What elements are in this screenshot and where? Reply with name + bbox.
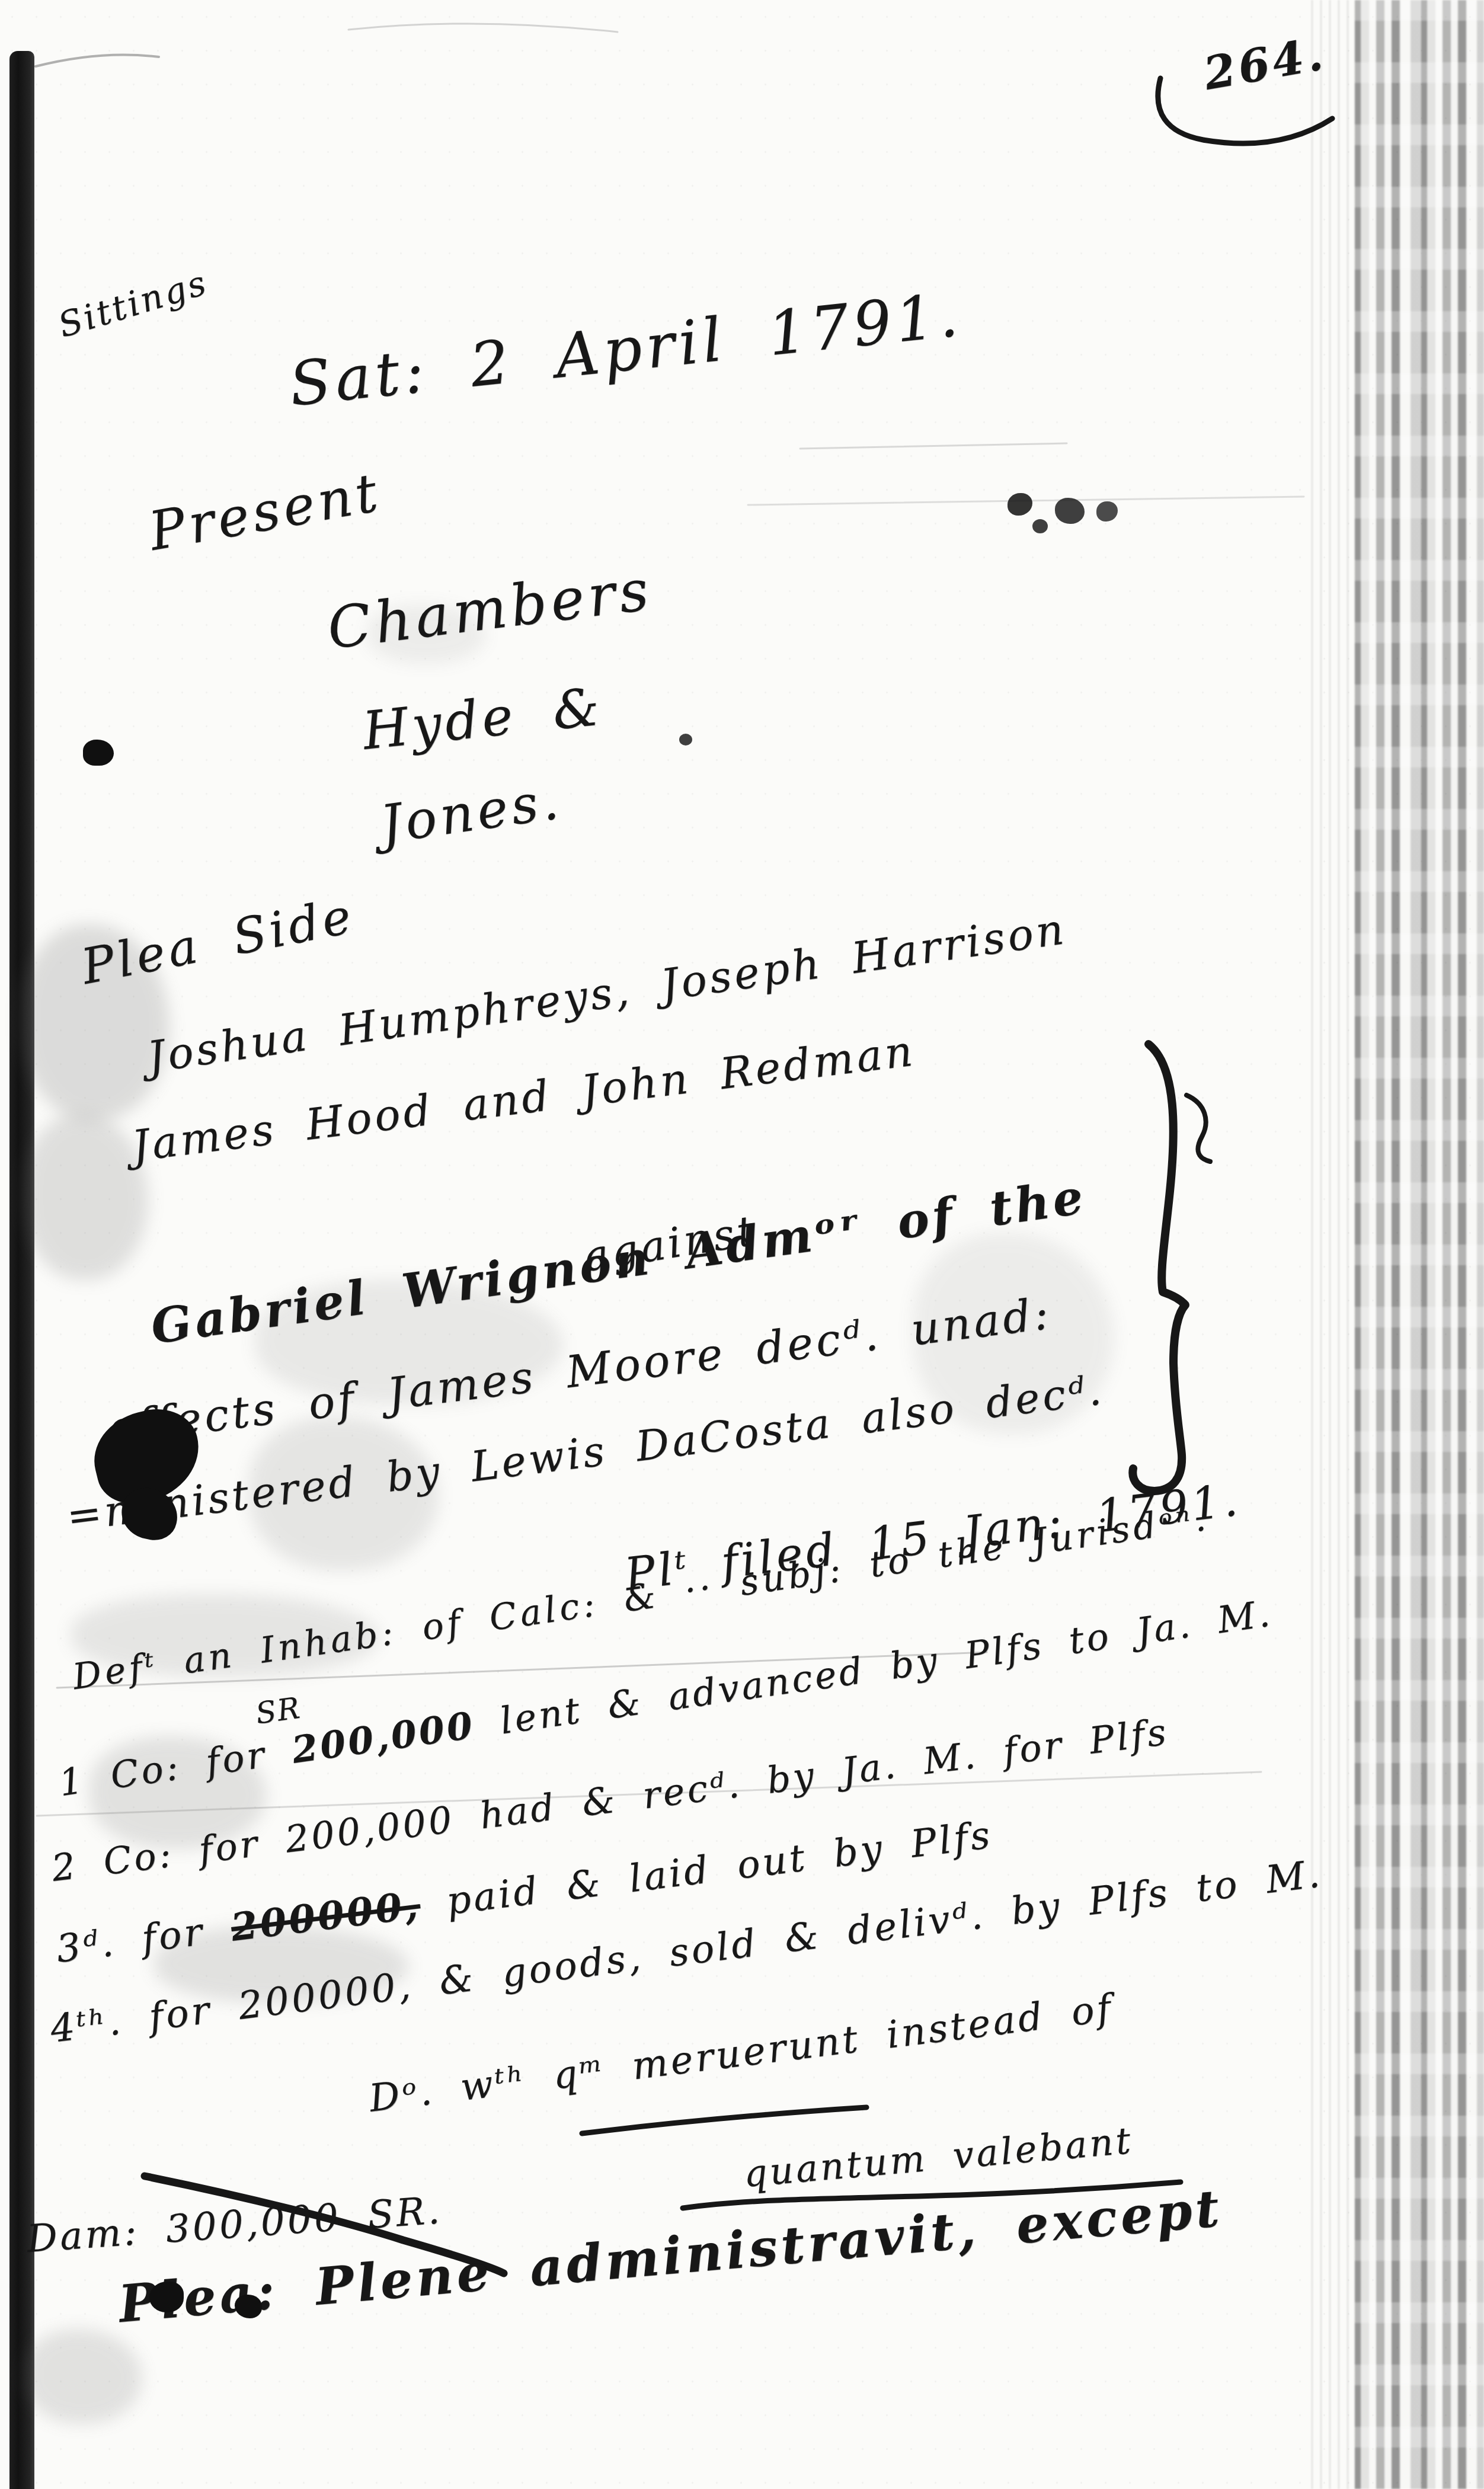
- page-top-edge-curve: [36, 55, 159, 66]
- manuscript-page: 264. Sittings Sat: 2 April 1791. Present…: [0, 0, 1484, 2489]
- ink-speck: [149, 2282, 184, 2312]
- ink-speck: [679, 734, 692, 746]
- scan-line-3: [800, 443, 1067, 449]
- meruerunt-underline: [582, 2107, 866, 2133]
- ink-speck: [1032, 519, 1048, 533]
- count-1-currency-superscript: SR: [254, 1691, 303, 1731]
- plaintiffs-brace: [1133, 1044, 1185, 1491]
- ink-speck: [235, 2295, 262, 2318]
- ink-speck: [1055, 498, 1085, 524]
- brace-squiggle: [1186, 1095, 1210, 1162]
- ink-speck: [83, 740, 114, 766]
- page-top-faint-curve: [348, 24, 618, 32]
